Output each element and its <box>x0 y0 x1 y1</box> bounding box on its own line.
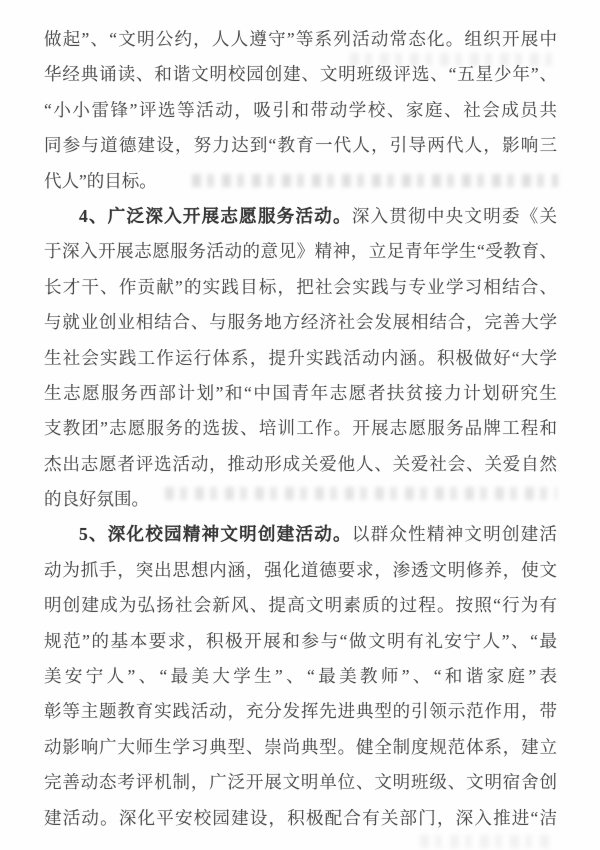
text-line: 规范”的基本要求，积极开展和参与“做文明有礼安宁人”、“最 <box>44 624 557 659</box>
text-line: 杰出志愿者评选活动，推动形成关爱他人、关爱社会、关爱自然 <box>44 447 557 482</box>
text-line: 彰等主题教育实践活动，充分发挥先进典型的引领示范作用，带 <box>44 694 557 729</box>
text-line: 与就业创业相结合、与服务地方经济社会发展相结合，完善大学 <box>44 305 557 340</box>
body-text: 与就业创业相结合、与服务地方经济社会发展相结合，完善大学 <box>44 312 557 332</box>
body-text: 支教团”志愿服务的选拔、培训工作。开展志愿服务品牌工程和 <box>44 418 557 438</box>
text-line: 美安宁人”、“最美大学生”、“最美教师”、“和谐家庭”表 <box>44 659 557 694</box>
text-line: 支教团”志愿服务的选拔、培训工作。开展志愿服务品牌工程和 <box>44 411 557 446</box>
text-line: 明创建成为弘扬社会新风、提高文明素质的过程。按照“行为有 <box>44 588 557 623</box>
body-text: 动影响广大师生学习典型、崇尚典型。健全制度规范体系，建立 <box>44 737 557 757</box>
text-line: 5、深化校园精神文明创建活动。以群众性精神文明创建活 <box>44 517 557 552</box>
body-text: 动为抓手，突出思想内涵，强化道德要求，渗透文明修养，使文 <box>44 560 557 580</box>
body-text: 规范”的基本要求，积极开展和参与“做文明有礼安宁人”、“最 <box>44 631 557 651</box>
text-line: 华经典诵读、和谐文明校园创建、文明班级评选、“五星少年”、 <box>44 57 557 92</box>
body-text: 以群众性精神文明创建活 <box>352 524 557 544</box>
body-text: 代人”的目标。 <box>44 171 157 191</box>
body-text: 深入贯彻中央文明委《关 <box>352 206 557 226</box>
text-line: 于深入开展志愿服务活动的意见》精神，立足青年学生“受教育、 <box>44 234 557 269</box>
text-line: 生社会实践工作运行体系，提升实践活动内涵。积极做好“大学 <box>44 341 557 376</box>
body-text: 华经典诵读、和谐文明校园创建、文明班级评选、“五星少年”、 <box>44 64 557 84</box>
document-page: 做起”、“文明公约，人人遵守”等系列活动常态化。组织开展中华经典诵读、和谐文明校… <box>0 0 600 850</box>
body-text: 同参与道德建设，努力达到“教育一代人，引导两代人，影响三 <box>44 135 557 155</box>
text-line: 做起”、“文明公约，人人遵守”等系列活动常态化。组织开展中 <box>44 22 557 57</box>
body-text: 做起”、“文明公约，人人遵守”等系列活动常态化。组织开展中 <box>44 29 557 49</box>
body-text: 完善动态考评机制，广泛开展文明单位、文明班级、文明宿舍创 <box>44 772 557 792</box>
body-text: 明创建成为弘扬社会新风、提高文明素质的过程。按照“行为有 <box>44 595 557 615</box>
body-text: 生志愿服务西部计划”和“中国青年志愿者扶贫接力计划研究生 <box>44 383 557 403</box>
body-text: 建活动。深化平安校园建设，积极配合有关部门，深入推进“洁 <box>44 808 557 828</box>
text-line: “小小雷锋”评选等活动，吸引和带动学校、家庭、社会成员共 <box>44 93 557 128</box>
text-line: 的良好氛围。 <box>44 482 557 517</box>
text-line: 同参与道德建设，努力达到“教育一代人，引导两代人，影响三 <box>44 128 557 163</box>
body-text: 于深入开展志愿服务活动的意见》精神，立足青年学生“受教育、 <box>44 241 557 261</box>
body-text: 生社会实践工作运行体系，提升实践活动内涵。积极做好“大学 <box>44 348 557 368</box>
text-line: 生志愿服务西部计划”和“中国青年志愿者扶贫接力计划研究生 <box>44 376 557 411</box>
bleed-through-artifact <box>420 835 550 848</box>
body-text: 长才干、作贡献”的实践目标，把社会实践与专业学习相结合、 <box>44 277 557 297</box>
text-line: 长才干、作贡献”的实践目标，把社会实践与专业学习相结合、 <box>44 270 557 305</box>
body-text: 美安宁人”、“最美大学生”、“最美教师”、“和谐家庭”表 <box>44 666 557 686</box>
body-text: 彰等主题教育实践活动，充分发挥先进典型的引领示范作用，带 <box>44 701 557 721</box>
text-line: 动影响广大师生学习典型、崇尚典型。健全制度规范体系，建立 <box>44 730 557 765</box>
body-text: 杰出志愿者评选活动，推动形成关爱他人、关爱社会、关爱自然 <box>44 454 557 474</box>
text-line: 动为抓手，突出思想内涵，强化道德要求，渗透文明修养，使文 <box>44 553 557 588</box>
body-text: “小小雷锋”评选等活动，吸引和带动学校、家庭、社会成员共 <box>44 100 557 120</box>
text-line: 代人”的目标。 <box>44 164 557 199</box>
body-text: 的良好氛围。 <box>44 489 149 509</box>
paragraph-heading-text: 4、广泛深入开展志愿服务活动。 <box>79 206 352 226</box>
text-line: 4、广泛深入开展志愿服务活动。深入贯彻中央文明委《关 <box>44 199 557 234</box>
text-line: 完善动态考评机制，广泛开展文明单位、文明班级、文明宿舍创 <box>44 765 557 800</box>
text-line: 建活动。深化平安校园建设，积极配合有关部门，深入推进“洁 <box>44 801 557 836</box>
document-text-block: 做起”、“文明公约，人人遵守”等系列活动常态化。组织开展中华经典诵读、和谐文明校… <box>44 22 557 836</box>
paragraph-heading-text: 5、深化校园精神文明创建活动。 <box>79 524 352 544</box>
